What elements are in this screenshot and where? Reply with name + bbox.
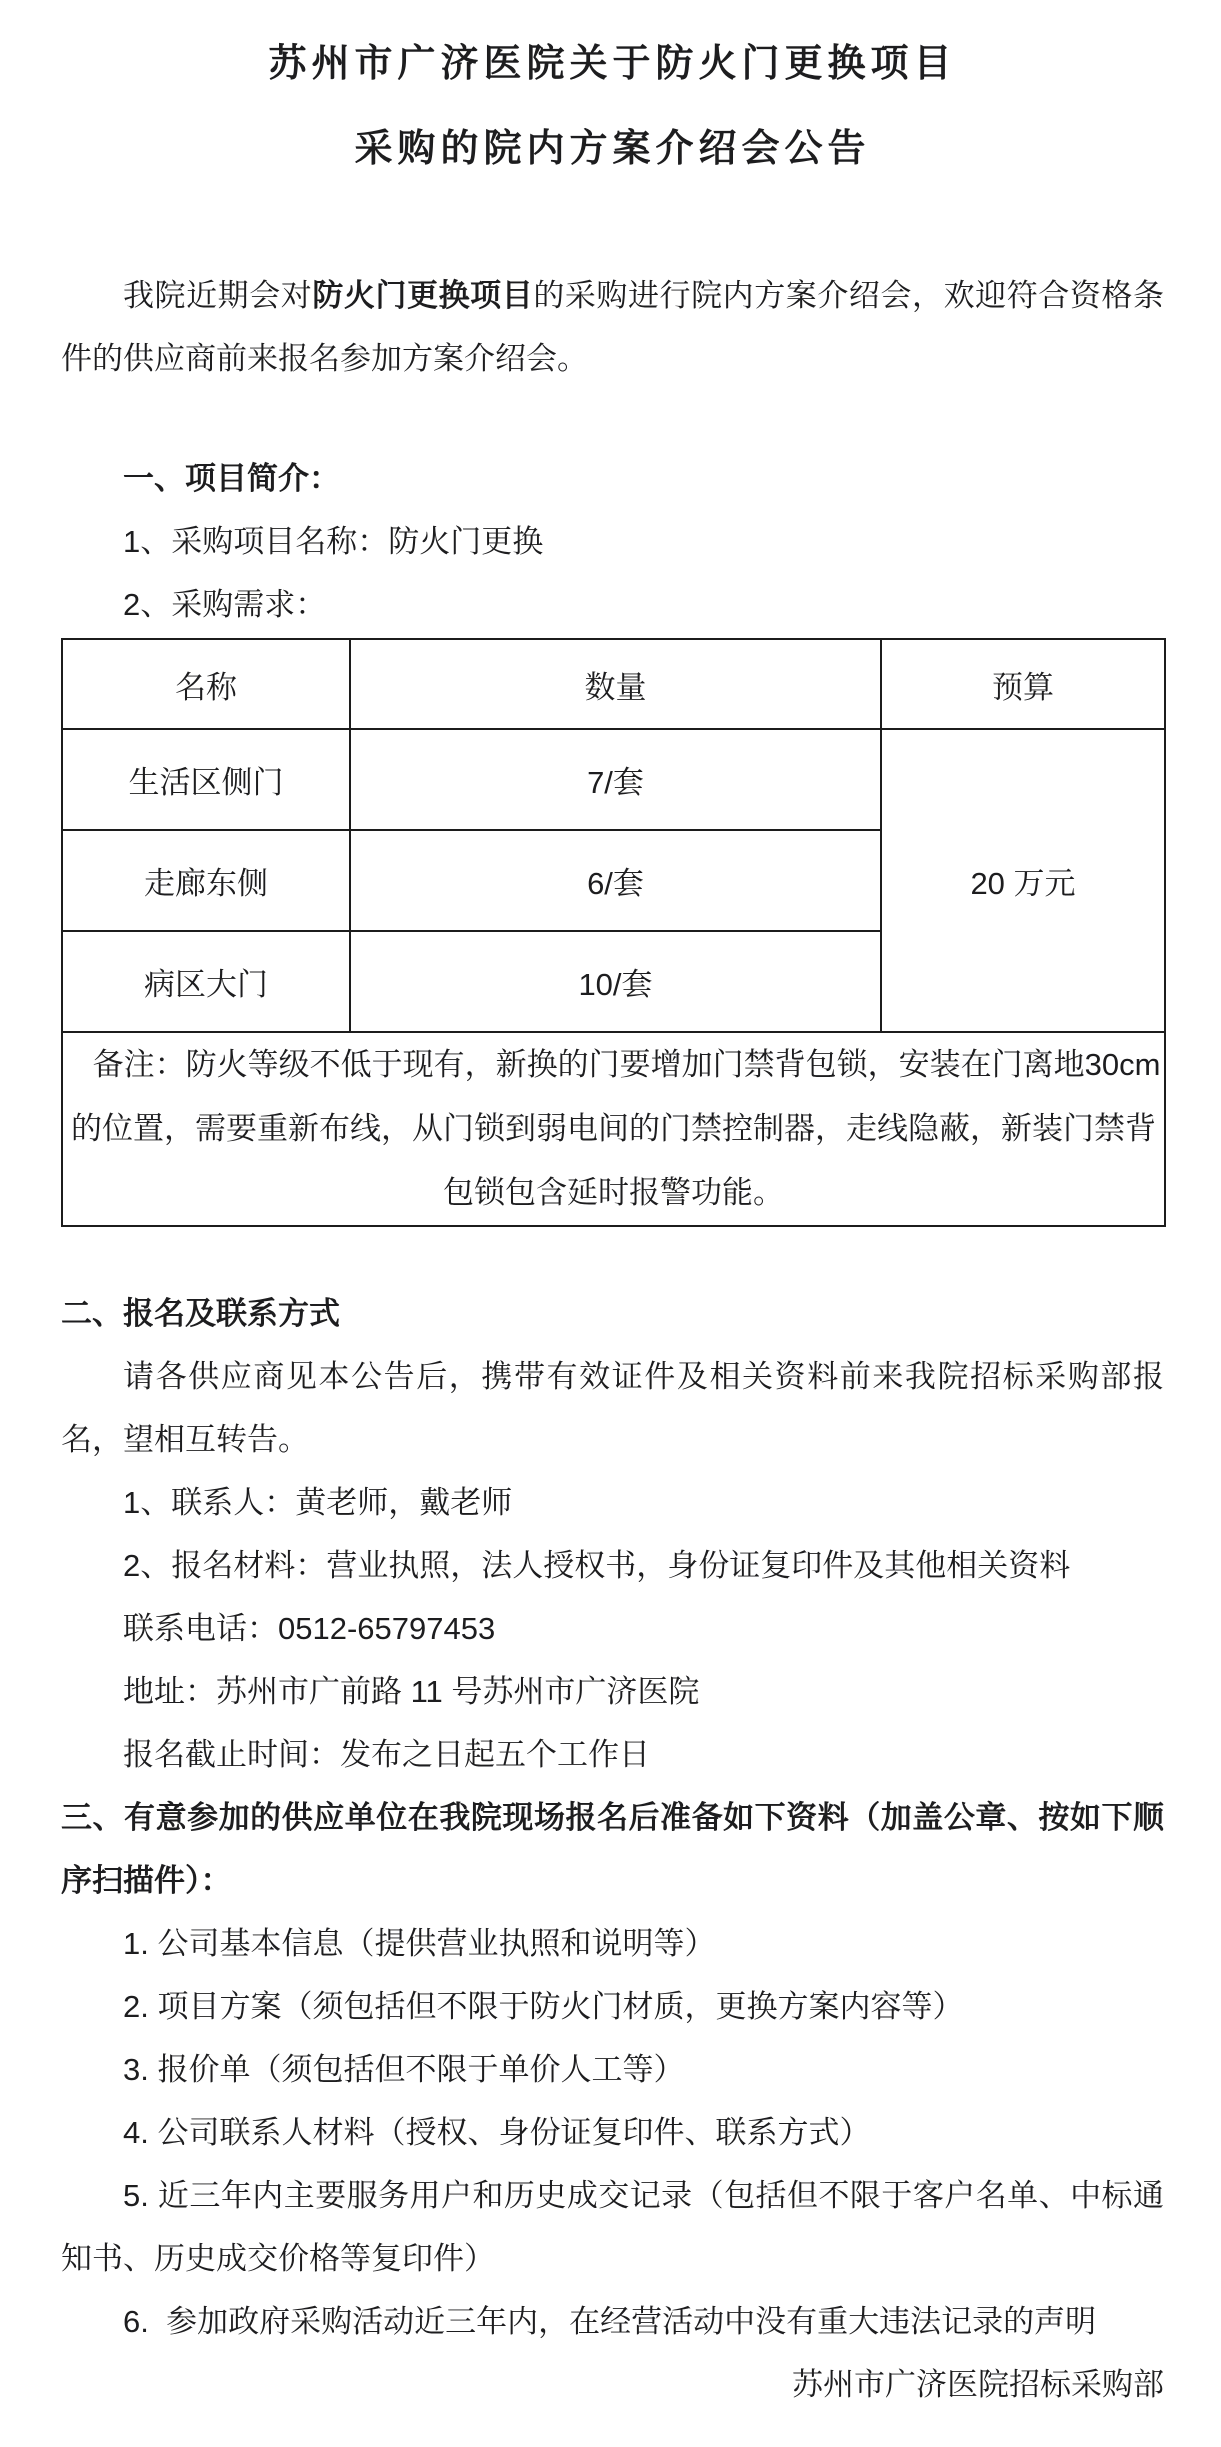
cell-budget-merged: 20 万元 [881, 729, 1165, 1032]
header-cell-quantity: 数量 [350, 639, 881, 729]
cell-quantity-1: 6/套 [350, 830, 881, 931]
table-remark-row: 备注：防火等级不低于现有，新换的门要增加门禁背包锁，安装在门离地30cm 的位置… [62, 1032, 1165, 1226]
section-three-heading: 三、有意参加的供应单位在我院现场报名后准备如下资料（加盖公章、按如下顺序扫描件）… [61, 1786, 1164, 1912]
intro-lead: 我院近期会对 [123, 278, 312, 313]
contact-phone: 联系电话：0512-65797453 [61, 1597, 1164, 1660]
required-doc-3: 3. 报价单（须包括但不限于单价人工等） [61, 2038, 1164, 2101]
table-header-row: 名称 数量 预算 [62, 639, 1165, 729]
title-line-2: 采购的院内方案介绍会公告 [61, 107, 1164, 192]
section-two-heading: 二、报名及联系方式 [61, 1282, 1164, 1345]
address: 地址：苏州市广前路 11 号苏州市广济医院 [61, 1660, 1164, 1723]
required-doc-1: 1. 公司基本信息（提供营业执照和说明等） [61, 1912, 1164, 1975]
intro-paragraph: 我院近期会对防火门更换项目的采购进行院内方案介绍会，欢迎符合资格条件的供应商前来… [61, 264, 1164, 390]
required-doc-4: 4. 公司联系人材料（授权、身份证复印件、联系方式） [61, 2101, 1164, 2164]
section-one-item-1: 1、采购项目名称：防火门更换 [61, 510, 1164, 573]
header-cell-budget: 预算 [881, 639, 1165, 729]
document-title: 苏州市广济医院关于防火门更换项目 采购的院内方案介绍会公告 [61, 22, 1164, 192]
cell-quantity-0: 7/套 [350, 729, 881, 830]
remark-cell: 备注：防火等级不低于现有，新换的门要增加门禁背包锁，安装在门离地30cm 的位置… [62, 1032, 1165, 1226]
cell-name-1: 走廊东侧 [62, 830, 350, 931]
section-two-paragraph: 请各供应商见本公告后，携带有效证件及相关资料前来我院招标采购部报名，望相互转告。 [61, 1345, 1164, 1471]
cell-name-2: 病区大门 [62, 931, 350, 1032]
signature-department: 苏州市广济医院招标采购部 [61, 2353, 1164, 2416]
contact-person: 1、联系人：黄老师，戴老师 [61, 1471, 1164, 1534]
required-doc-5: 5. 近三年内主要服务用户和历史成交记录（包括但不限于客户名单、中标通知书、历史… [61, 2164, 1164, 2290]
table-row: 生活区侧门 7/套 20 万元 [62, 729, 1165, 830]
section-one-heading: 一、项目简介： [61, 447, 1164, 510]
required-doc-2: 2. 项目方案（须包括但不限于防火门材质，更换方案内容等） [61, 1975, 1164, 2038]
section-three: 三、有意参加的供应单位在我院现场报名后准备如下资料（加盖公章、按如下顺序扫描件）… [61, 1786, 1164, 2353]
section-one: 一、项目简介： 1、采购项目名称：防火门更换 2、采购需求： [61, 447, 1164, 636]
registration-materials: 2、报名材料：营业执照，法人授权书，身份证复印件及其他相关资料 [61, 1534, 1164, 1597]
cell-name-0: 生活区侧门 [62, 729, 350, 830]
cell-quantity-2: 10/套 [350, 931, 881, 1032]
required-doc-6: 6. 参加政府采购活动近三年内，在经营活动中没有重大违法记录的声明 [61, 2290, 1164, 2353]
intro-emphasis: 防火门更换项目 [312, 278, 533, 313]
title-line-1: 苏州市广济医院关于防火门更换项目 [61, 22, 1164, 107]
registration-deadline: 报名截止时间：发布之日起五个工作日 [61, 1723, 1164, 1786]
section-two: 二、报名及联系方式 请各供应商见本公告后，携带有效证件及相关资料前来我院招标采购… [61, 1282, 1164, 1786]
section-one-item-2: 2、采购需求： [61, 573, 1164, 636]
procurement-table: 名称 数量 预算 生活区侧门 7/套 20 万元 走廊东侧 6/套 病区大门 1… [61, 638, 1166, 1227]
header-cell-name: 名称 [62, 639, 350, 729]
announcement-page: 苏州市广济医院关于防火门更换项目 采购的院内方案介绍会公告 我院近期会对防火门更… [0, 0, 1221, 2447]
